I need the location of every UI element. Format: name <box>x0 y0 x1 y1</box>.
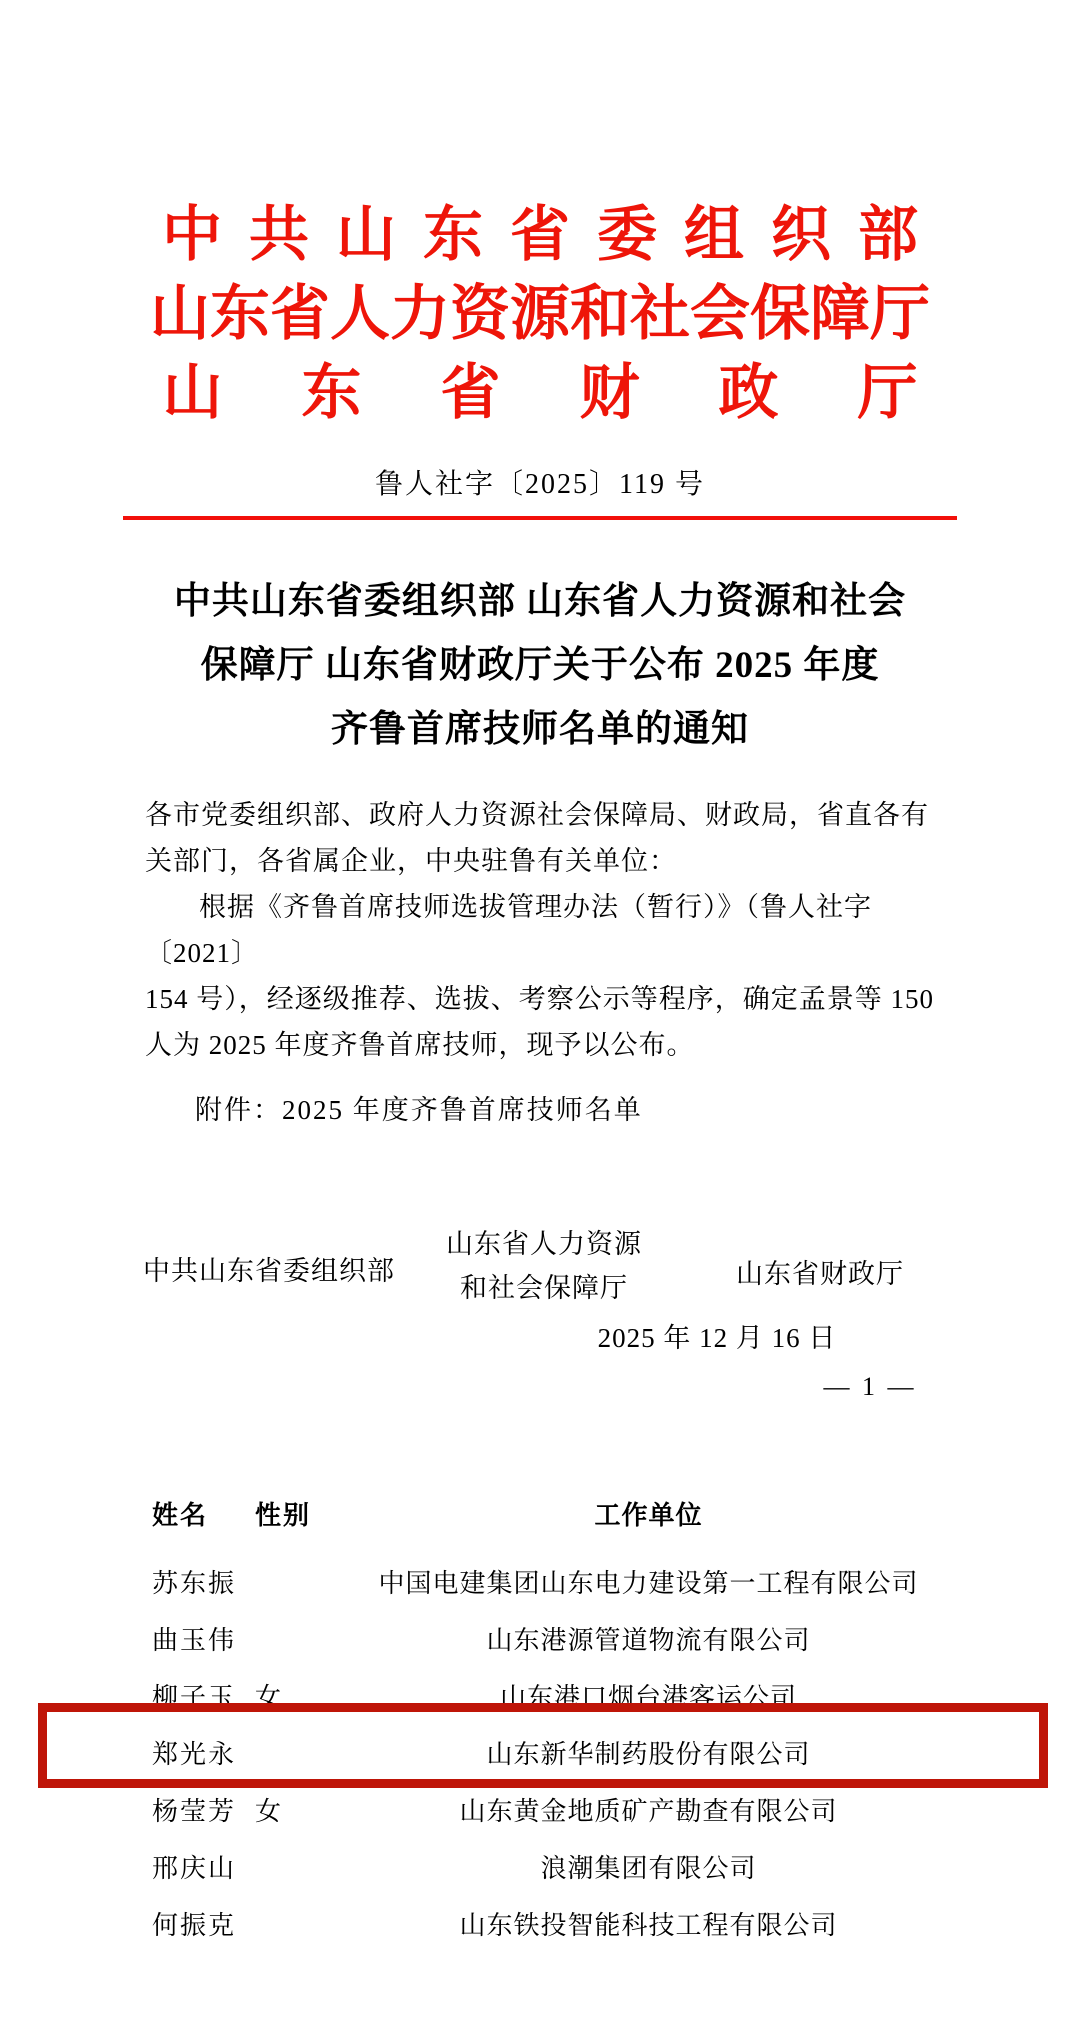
table-cell-name: 邢庆山 <box>152 1848 255 1885</box>
document-page: 中共山东省委组织部 山东省人力资源和社会保障厅 山东省财政厅 鲁人社字〔2025… <box>0 0 1080 2041</box>
paragraph-line-2: 154 号），经逐级推荐、选拔、考察公示等程序，确定孟景等 150 <box>145 976 935 1022</box>
table-cell-company: 山东港源管道物流有限公司 <box>340 1620 957 1657</box>
table-header-gender: 性别 <box>255 1495 340 1532</box>
title-line-3: 齐鲁首席技师名单的通知 <box>0 698 1080 762</box>
red-rule <box>123 516 957 520</box>
table-row: 苏东振 中国电建集团山东电力建设第一工程有限公司 <box>123 1553 957 1610</box>
signature-org-1: 中共山东省委组织部 <box>143 1249 395 1288</box>
letterhead-line-2: 山东省人力资源和社会保障厅 <box>0 275 1080 354</box>
table-row: 邢庆山 浪潮集团有限公司 <box>123 1838 957 1895</box>
page-number: — 1 — <box>800 1372 940 1402</box>
table-row: 曲玉伟 山东港源管道物流有限公司 <box>123 1610 957 1667</box>
signature-org-2-line-1: 山东省人力资源 <box>436 1222 652 1266</box>
signature-org-2-line-2: 和社会保障厅 <box>436 1266 652 1310</box>
table-cell-gender: 女 <box>255 1791 340 1828</box>
salutation-line-2: 关部门，各省属企业，中央驻鲁有关单位： <box>145 838 935 884</box>
title-line-1: 中共山东省委组织部 山东省人力资源和社会 <box>0 570 1080 634</box>
letterhead: 中共山东省委组织部 山东省人力资源和社会保障厅 山东省财政厅 <box>0 196 1080 433</box>
table-header-name: 姓名 <box>152 1495 255 1532</box>
highlight-box <box>38 1703 1048 1788</box>
body-text: 各市党委组织部、政府人力资源社会保障局、财政局，省直各有 关部门，各省属企业，中… <box>145 792 935 1068</box>
title-line-2: 保障厅 山东省财政厅关于公布 2025 年度 <box>0 634 1080 698</box>
signature-date: 2025 年 12 月 16 日 <box>597 1316 837 1355</box>
table-cell-company: 浪潮集团有限公司 <box>340 1848 957 1885</box>
document-number: 鲁人社字〔2025〕119 号 <box>0 462 1080 502</box>
letterhead-line-1: 中共山东省委组织部 <box>0 196 1080 275</box>
table-cell-name: 何振克 <box>152 1905 255 1942</box>
signature-org-2: 山东省人力资源 和社会保障厅 <box>436 1222 652 1310</box>
letterhead-line-3: 山东省财政厅 <box>0 354 1080 433</box>
paragraph-line-1: 根据《齐鲁首席技师选拔管理办法（暂行）》（鲁人社字〔2021〕 <box>145 884 935 976</box>
salutation-line-1: 各市党委组织部、政府人力资源社会保障局、财政局，省直各有 <box>145 792 935 838</box>
table-cell-name: 苏东振 <box>152 1563 255 1600</box>
paragraph-line-3: 人为 2025 年度齐鲁首席技师，现予以公布。 <box>145 1022 935 1068</box>
table-row: 杨莹芳 女 山东黄金地质矿产勘查有限公司 <box>123 1781 957 1838</box>
table-header-row: 姓名 性别 工作单位 <box>123 1496 957 1530</box>
signature-org-3: 山东省财政厅 <box>736 1252 904 1291</box>
document-title: 中共山东省委组织部 山东省人力资源和社会 保障厅 山东省财政厅关于公布 2025… <box>0 570 1080 762</box>
table-cell-name: 曲玉伟 <box>152 1620 255 1657</box>
table-cell-company: 山东铁投智能科技工程有限公司 <box>340 1905 957 1942</box>
table-row: 何振克 山东铁投智能科技工程有限公司 <box>123 1895 957 1952</box>
table-cell-company: 中国电建集团山东电力建设第一工程有限公司 <box>340 1563 957 1600</box>
table-header-company: 工作单位 <box>340 1495 957 1532</box>
table-cell-company: 山东黄金地质矿产勘查有限公司 <box>340 1791 957 1828</box>
table-cell-name: 杨莹芳 <box>152 1791 255 1828</box>
attachment-line: 附件：2025 年度齐鲁首席技师名单 <box>145 1088 935 1127</box>
